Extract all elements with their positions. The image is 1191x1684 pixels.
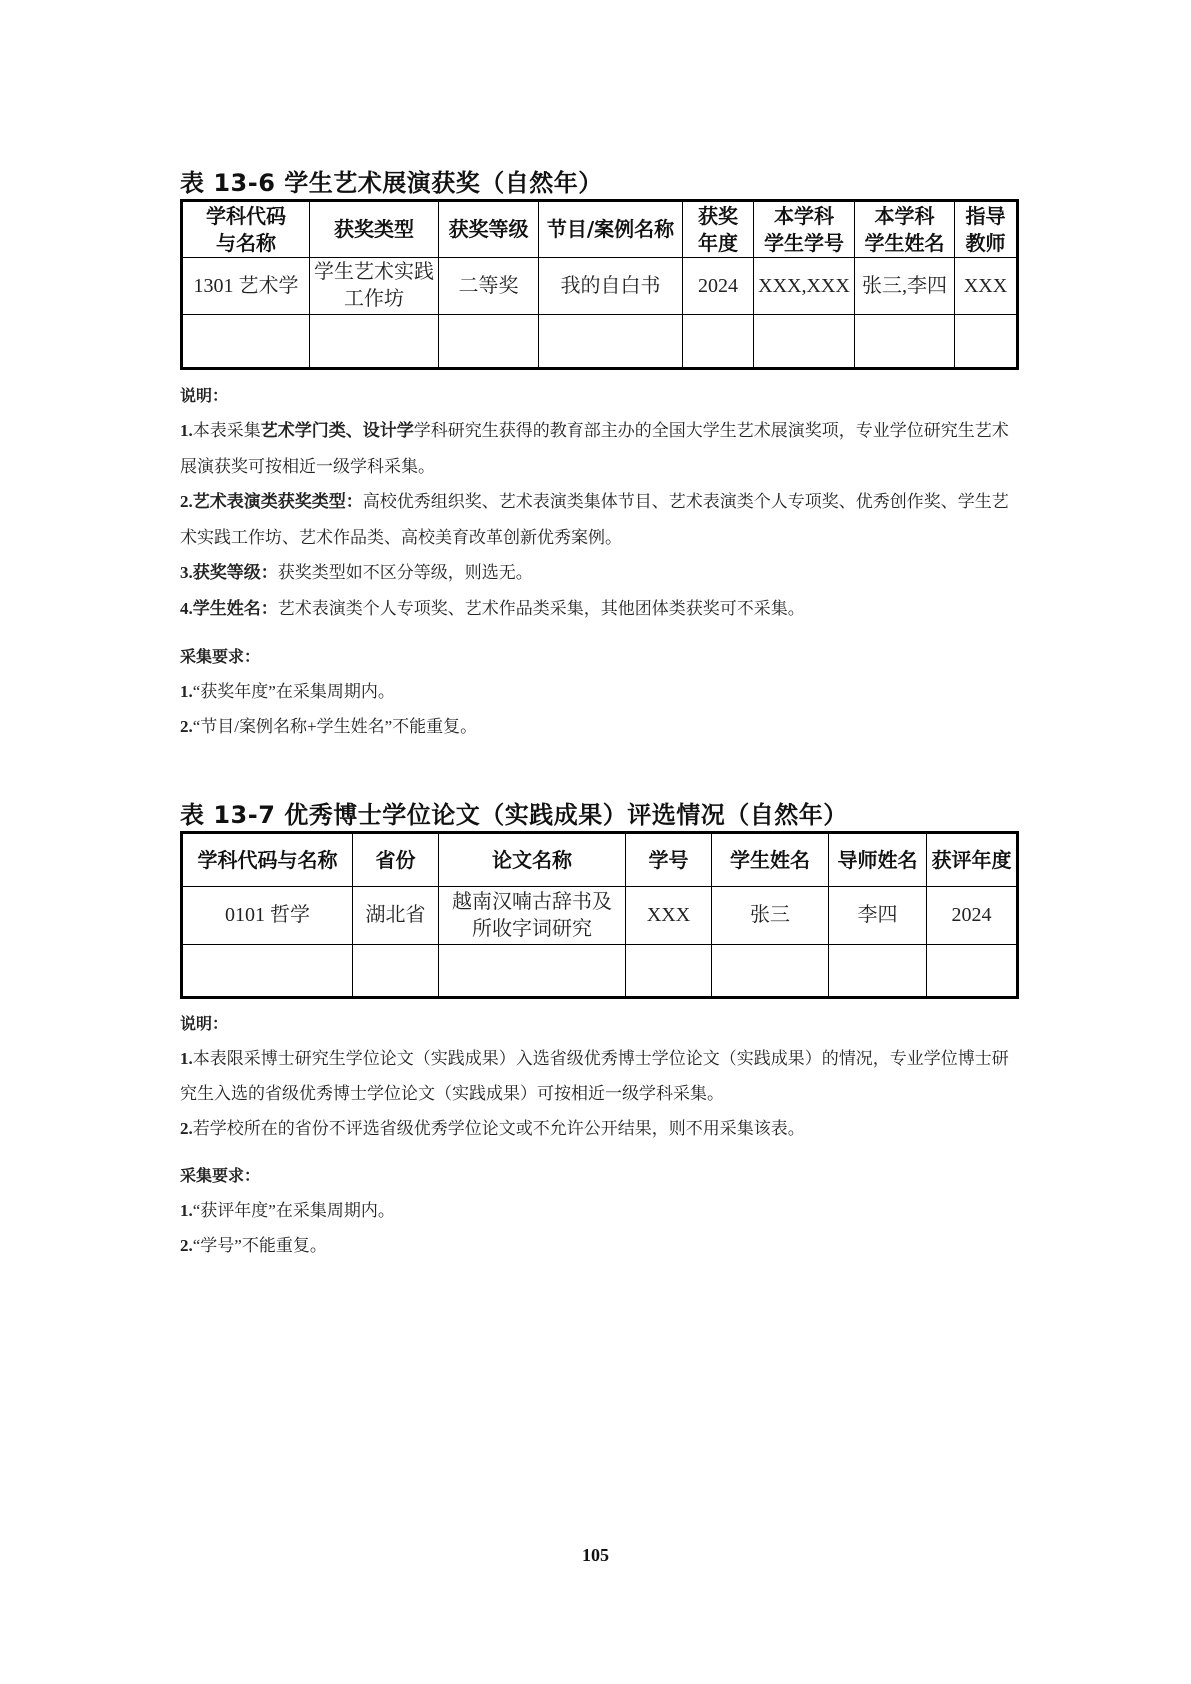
header-student-name: 本学科学生姓名: [855, 201, 955, 258]
cell: 我的自白书: [539, 258, 683, 315]
requirement-2: 2.“节目/案例名称+学生姓名”不能重复。: [180, 709, 1020, 744]
cell: XXX,XXX: [754, 258, 855, 315]
table-13-6-title: 表 13-6 学生艺术展演获奖（自然年）: [180, 163, 603, 198]
requirements-heading: 采集要求：: [180, 639, 1020, 674]
note-3: 3.获奖等级：获奖类型如不区分等级，则选无。: [180, 555, 1020, 591]
cell: [955, 315, 1018, 369]
cell: [439, 315, 539, 369]
note-1: 1.本表采集艺术学门类、设计学学科研究生获得的教育部主办的全国大学生艺术展演奖项…: [180, 413, 1020, 484]
cell: [829, 945, 927, 998]
table-header-row: 学科代码与名称 省份 论文名称 学号 学生姓名 导师姓名 获评年度: [182, 833, 1018, 887]
page-number: 105: [0, 1545, 1191, 1566]
cell: 1301 艺术学: [182, 258, 310, 315]
cell: [683, 315, 754, 369]
notes-heading: 说明：: [180, 1006, 1020, 1041]
cell: XXX: [626, 887, 712, 945]
header-discipline: 学科代码与名称: [182, 833, 353, 887]
cell: [927, 945, 1018, 998]
cell: 二等奖: [439, 258, 539, 315]
cell: [182, 315, 310, 369]
header-award-level: 获奖等级: [439, 201, 539, 258]
header-program-name: 节目/案例名称: [539, 201, 683, 258]
cell: [539, 315, 683, 369]
cell: 越南汉喃古辞书及所收字词研究: [439, 887, 626, 945]
table-13-7-notes: 说明： 1.本表限采博士研究生学位论文（实践成果）入选省级优秀博士学位论文（实践…: [180, 1006, 1020, 1263]
requirements-heading: 采集要求：: [180, 1158, 1020, 1193]
header-student-name: 学生姓名: [712, 833, 829, 887]
table-row: 1301 艺术学 学生艺术实践工作坊 二等奖 我的自白书 2024 XXX,XX…: [182, 258, 1018, 315]
table-13-6: 学科代码与名称 获奖类型 获奖等级 节目/案例名称 获奖年度 本学科学生学号 本…: [180, 199, 1019, 370]
cell: [754, 315, 855, 369]
cell: [353, 945, 439, 998]
requirement-1: 1.“获评年度”在采集周期内。: [180, 1193, 1020, 1228]
header-student-id: 学号: [626, 833, 712, 887]
header-advisor-name: 导师姓名: [829, 833, 927, 887]
header-award-type: 获奖类型: [310, 201, 439, 258]
table-13-6-notes: 说明： 1.本表采集艺术学门类、设计学学科研究生获得的教育部主办的全国大学生艺术…: [180, 378, 1020, 744]
requirement-2: 2.“学号”不能重复。: [180, 1228, 1020, 1263]
table-row: 0101 哲学 湖北省 越南汉喃古辞书及所收字词研究 XXX 张三 李四 202…: [182, 887, 1018, 945]
header-student-id: 本学科学生学号: [754, 201, 855, 258]
cell: [855, 315, 955, 369]
table-13-7-title: 表 13-7 优秀博士学位论文（实践成果）评选情况（自然年）: [180, 795, 848, 830]
note-2: 2.艺术表演类获奖类型：高校优秀组织奖、艺术表演类集体节目、艺术表演类个人专项奖…: [180, 484, 1020, 555]
table-13-7: 学科代码与名称 省份 论文名称 学号 学生姓名 导师姓名 获评年度 0101 哲…: [180, 831, 1019, 999]
header-award-year: 获奖年度: [683, 201, 754, 258]
cell: [712, 945, 829, 998]
cell: 李四: [829, 887, 927, 945]
header-award-year: 获评年度: [927, 833, 1018, 887]
cell: 2024: [927, 887, 1018, 945]
header-thesis-name: 论文名称: [439, 833, 626, 887]
table-row-empty: [182, 945, 1018, 998]
cell: 2024: [683, 258, 754, 315]
notes-heading: 说明：: [180, 378, 1020, 413]
cell: XXX: [955, 258, 1018, 315]
header-discipline: 学科代码与名称: [182, 201, 310, 258]
cell: [182, 945, 353, 998]
cell: 张三: [712, 887, 829, 945]
cell: 张三,李四: [855, 258, 955, 315]
note-2: 2.若学校所在的省份不评选省级优秀学位论文或不允许公开结果，则不用采集该表。: [180, 1111, 1020, 1146]
requirement-1: 1.“获奖年度”在采集周期内。: [180, 674, 1020, 709]
table-row-empty: [182, 315, 1018, 369]
cell: [626, 945, 712, 998]
cell: 湖北省: [353, 887, 439, 945]
cell: 学生艺术实践工作坊: [310, 258, 439, 315]
note-4: 4.学生姓名：艺术表演类个人专项奖、艺术作品类采集，其他团体类获奖可不采集。: [180, 591, 1020, 627]
note-1: 1.本表限采博士研究生学位论文（实践成果）入选省级优秀博士学位论文（实践成果）的…: [180, 1041, 1020, 1111]
cell: [310, 315, 439, 369]
header-advisor: 指导教师: [955, 201, 1018, 258]
header-province: 省份: [353, 833, 439, 887]
table-header-row: 学科代码与名称 获奖类型 获奖等级 节目/案例名称 获奖年度 本学科学生学号 本…: [182, 201, 1018, 258]
cell: 0101 哲学: [182, 887, 353, 945]
cell: [439, 945, 626, 998]
